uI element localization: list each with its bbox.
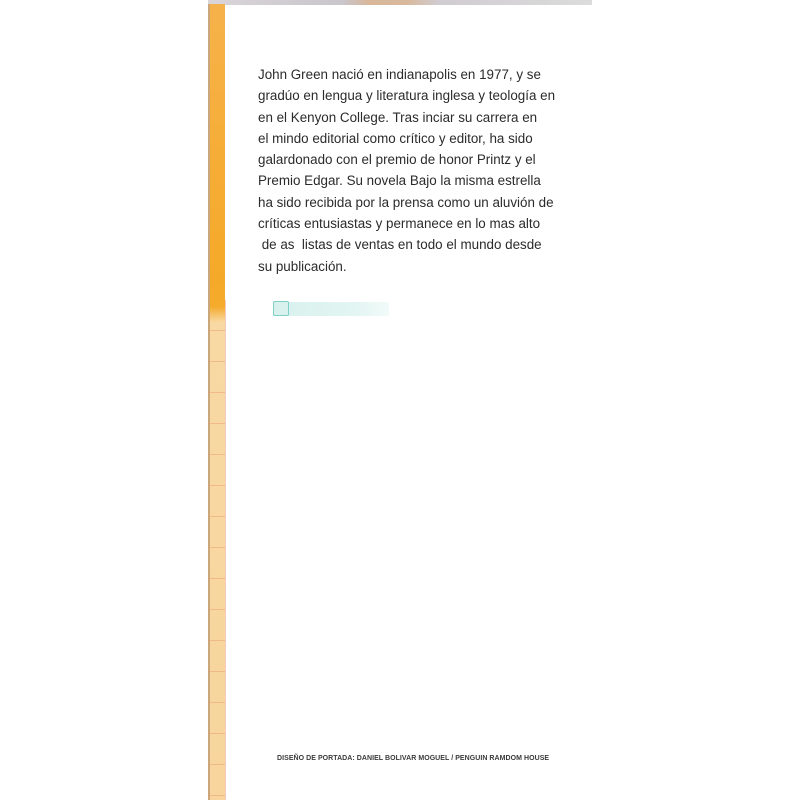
bio-line: críticas entusiastas y permanece en lo m… (258, 213, 526, 234)
bio-line: el mindo editorial como crítico y editor… (258, 128, 526, 149)
author-bio: John Green nació en indianapolis en 1977… (258, 64, 526, 277)
bio-line: Premio Edgar. Su novela Bajo la misma es… (258, 170, 526, 191)
bio-line: gradúo en lengua y literatura inglesa y … (258, 85, 526, 106)
bio-line: ha sido recibida por la prensa como un a… (258, 192, 526, 213)
bio-line: en el Kenyon College. Tras inciar su car… (258, 107, 526, 128)
bio-line: galardonado con el premio de honor Print… (258, 149, 526, 170)
cover-design-credit: DISEÑO DE PORTADA: DANIEL BOLIVAR MOGUEL… (277, 755, 537, 762)
bio-line: John Green nació en indianapolis en 1977… (258, 64, 526, 85)
teal-highlight-bar (273, 302, 389, 316)
teal-highlight-corner (273, 301, 289, 316)
bio-line: de as listas de ventas en todo el mundo … (258, 234, 526, 255)
spine-grid-lines (208, 300, 225, 800)
bio-line: su publicación. (258, 256, 526, 277)
